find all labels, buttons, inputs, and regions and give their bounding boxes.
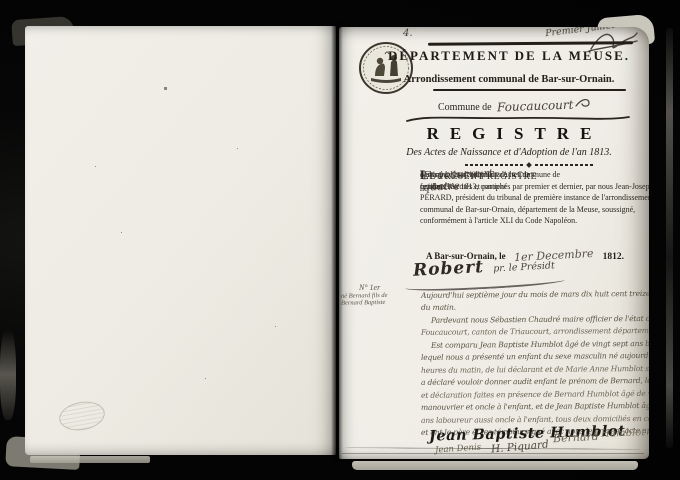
oval-stamp-icon — [57, 398, 107, 434]
page-fore-edge — [666, 28, 673, 448]
binding-smudge — [0, 330, 16, 420]
ornament-dash — [465, 164, 523, 166]
registre-subtitle: Des Actes de Naissance et d'Adoption de … — [369, 147, 649, 158]
witness-signature-2: Humblot — [601, 427, 646, 440]
commune-line: Commune de Foucaucourt — [438, 96, 592, 113]
scanned-register-photo: 4. Premier Juillet DÉPARTEMENT DE LA MEU… — [0, 0, 680, 480]
page-stack-edge-left — [30, 456, 150, 463]
ornament-diamond — [526, 162, 532, 168]
witness-signature-1: Bernard — [553, 430, 599, 445]
handwritten-act-body: Aujourd'hui septième jour du mois de mar… — [421, 289, 635, 438]
page-stack-edge-right — [352, 461, 638, 470]
page-bottom-rule-2 — [342, 453, 644, 454]
flourish-icon — [574, 96, 592, 110]
act-line: manouvrier et oncle à l'enfant, et de Je… — [421, 400, 635, 414]
paper-specks — [25, 26, 26, 27]
left-blank-page — [25, 26, 336, 455]
department-title: DÉPARTEMENT DE LA MEUSE. — [379, 48, 639, 64]
preamble-paragraph: Le présent registre destiné à l'inscript… — [420, 169, 634, 226]
book-gutter — [331, 22, 343, 462]
ornament-dash — [535, 164, 593, 166]
preamble-line-6: communal de Bar-sur-Ornain, département … — [420, 204, 634, 215]
swash-rule — [405, 114, 631, 124]
preamble-line-7: conformément à l'article XLI du Code Nap… — [420, 215, 634, 226]
year-label: 1812. — [603, 252, 624, 262]
register-title-page: 4. Premier Juillet DÉPARTEMENT DE LA MEU… — [339, 27, 649, 459]
signature-name: Robert — [413, 257, 485, 281]
act-margin-line-2: Bernard Baptiste — [341, 298, 427, 306]
act-margin-note: N° 1er né Bernard fils de Bernard Baptis… — [341, 283, 427, 306]
registre-title: REGISTRE — [379, 124, 639, 144]
commune-handwritten-value: Foucaucourt — [496, 98, 573, 115]
divider-ornament — [439, 163, 619, 167]
preamble-line-5: PÉRARD, président du tribunal de premièr… — [420, 192, 634, 203]
preamble-line-3-end: feuillets — [420, 181, 446, 192]
signature-role: pr. le Présidt — [493, 260, 555, 274]
arrondissement-line: Arrondissement communal de Bar-sur-Ornai… — [379, 74, 639, 85]
folio-number: 4. — [403, 28, 413, 39]
commune-label: Commune de — [438, 102, 492, 113]
header-rule-bottom — [433, 89, 626, 91]
